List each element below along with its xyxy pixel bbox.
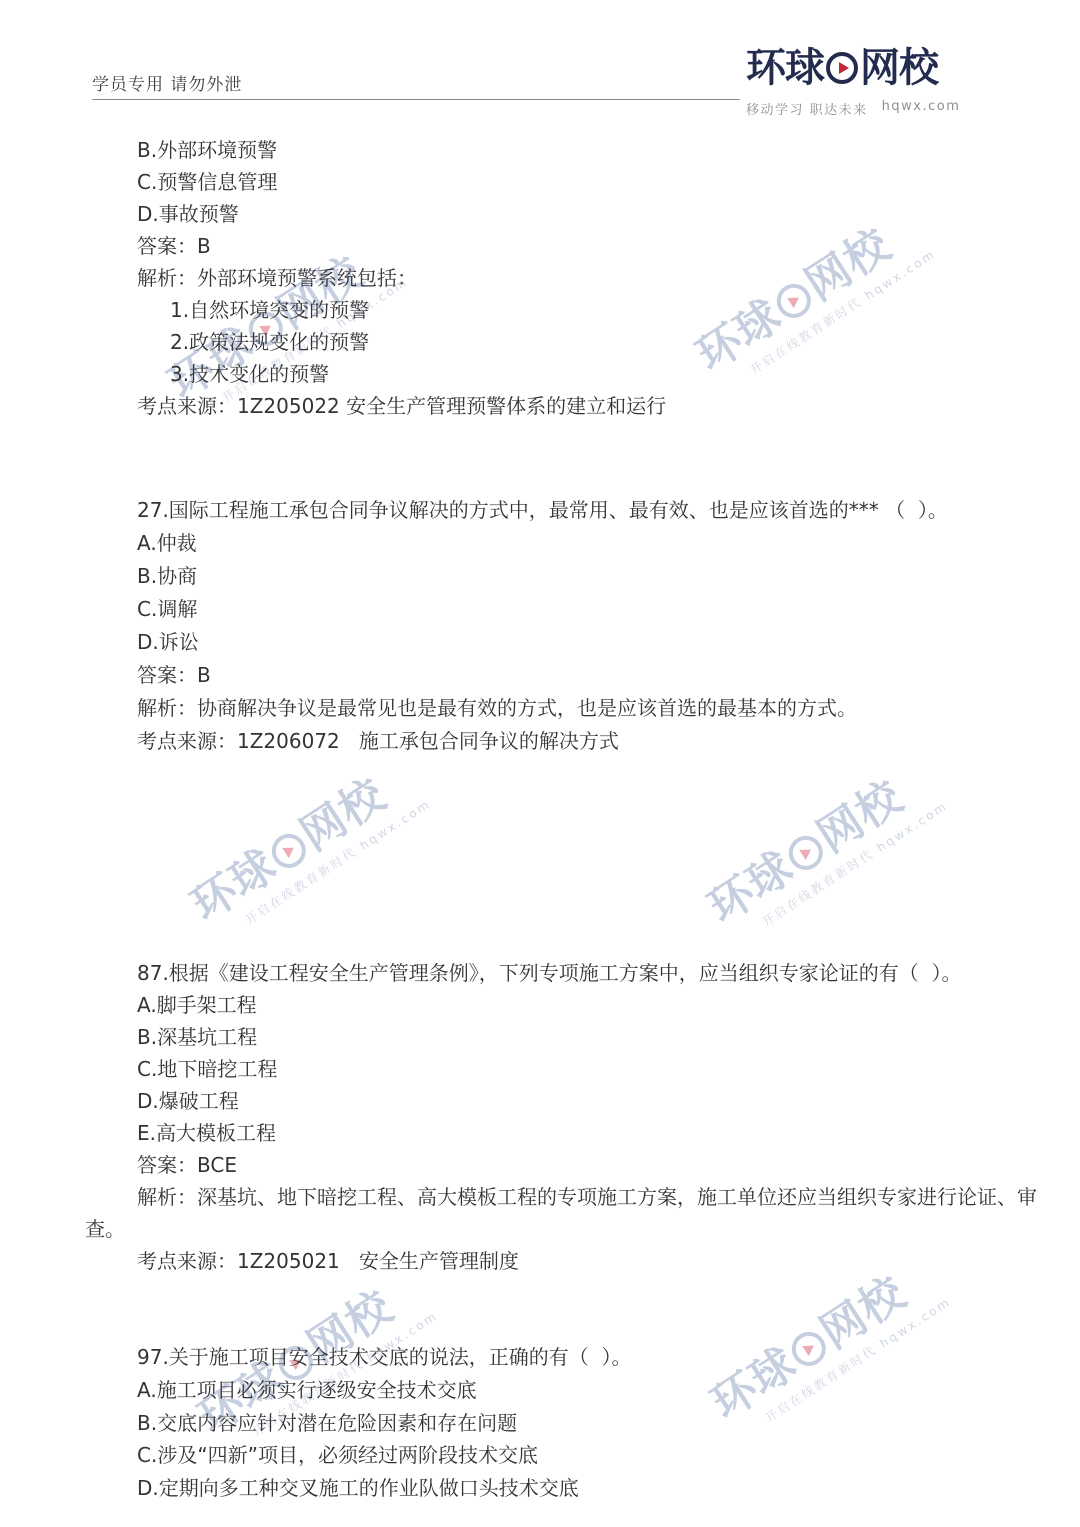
answer-line: 答案：B [137, 233, 211, 259]
analysis-line: 解析：外部环境预警系统包括： [137, 265, 417, 291]
watermark: 环球网校 开启在线教育新时代 hqwx.com [673, 756, 951, 968]
watermark-play-icon [265, 827, 312, 874]
brand-logo: 环球 网校 移动学习 职达未来 hqwx.com [746, 46, 960, 118]
brand-name-right: 网校 [860, 46, 938, 90]
watermark-subtext: 开启在线教育新时代 hqwx.com [746, 245, 938, 378]
watermark-play-icon [782, 829, 829, 876]
question-title: 27.国际工程施工承包合同争议解决的方式中，最常用、最有效、也是应该首选的***… [137, 497, 948, 523]
watermark-subtext: 开启在线教育新时代 hqwx.com [241, 795, 433, 928]
option-line: D.定期向多工种交叉施工的作业队做口头技术交底 [137, 1475, 579, 1501]
analysis-list-item: 1.自然环境突变的预警 [170, 297, 369, 323]
source-line: 考点来源：1Z205021 安全生产管理制度 [137, 1248, 519, 1274]
source-line: 考点来源：1Z205022 安全生产管理预警体系的建立和运行 [137, 393, 666, 419]
answer-line: 答案：BCE [137, 1152, 237, 1178]
brand-site: hqwx.com [882, 99, 961, 118]
analysis-line: 解析：协商解决争议是最常见也是最有效的方式，也是应该首选的最基本的方式。 [137, 695, 857, 721]
option-line: E.高大模板工程 [137, 1120, 276, 1146]
analysis-line-wrap: 查。 [85, 1216, 125, 1242]
confidential-notice: 学员专用 请勿外泄 [92, 70, 242, 95]
watermark: 环球网校 开启在线教育新时代 hqwx.com [661, 204, 939, 416]
play-icon [826, 52, 858, 84]
analysis-line: 解析：深基坑、地下暗挖工程、高大模板工程的专项施工方案，施工单位还应当组织专家进… [137, 1184, 1037, 1210]
brand-wordmark: 环球 网校 [746, 46, 960, 90]
brand-tagline: 移动学习 职达未来 [746, 99, 868, 118]
brand-name-left: 环球 [746, 46, 824, 90]
option-line: B.交底内容应针对潜在危险因素和存在问题 [137, 1410, 517, 1436]
option-line: C.调解 [137, 596, 197, 622]
answer-line: 答案：B [137, 662, 211, 688]
header-divider [92, 99, 740, 100]
option-line: A.施工项目必须实行逐级安全技术交底 [137, 1377, 477, 1403]
option-line: A.仲裁 [137, 530, 197, 556]
question-title: 87.根据《建设工程安全生产管理条例》，下列专项施工方案中，应当组织专家论证的有… [137, 960, 962, 986]
option-line: B.外部环境预警 [137, 137, 277, 163]
option-line: B.深基坑工程 [137, 1024, 257, 1050]
document-page: 学员专用 请勿外泄 环球 网校 移动学习 职达未来 hqwx.com 环球网校 … [0, 0, 1080, 1527]
option-line: D.爆破工程 [137, 1088, 239, 1114]
question-title: 97.关于施工项目安全技术交底的说法，正确的有（ ）。 [137, 1344, 632, 1370]
watermark-subtext: 开启在线教育新时代 hqwx.com [758, 797, 950, 930]
option-line: D.事故预警 [137, 201, 239, 227]
source-line: 考点来源：1Z206072 施工承包合同争议的解决方式 [137, 728, 619, 754]
option-line: A.脚手架工程 [137, 992, 257, 1018]
option-line: D.诉讼 [137, 629, 199, 655]
option-line: C.涉及“四新”项目，必须经过两阶段技术交底 [137, 1442, 538, 1468]
analysis-list-item: 3.技术变化的预警 [170, 361, 329, 387]
option-line: B.协商 [137, 563, 197, 589]
option-line: C.地下暗挖工程 [137, 1056, 277, 1082]
watermark-play-icon [770, 277, 817, 324]
watermark: 环球网校 开启在线教育新时代 hqwx.com [676, 1252, 954, 1464]
analysis-list-item: 2.政策法规变化的预警 [170, 329, 369, 355]
option-line: C.预警信息管理 [137, 169, 277, 195]
watermark-play-icon [785, 1325, 832, 1372]
watermark: 环球网校 开启在线教育新时代 hqwx.com [156, 754, 434, 966]
watermark-subtext: 开启在线教育新时代 hqwx.com [761, 1293, 953, 1426]
brand-tagline-row: 移动学习 职达未来 hqwx.com [746, 99, 960, 118]
